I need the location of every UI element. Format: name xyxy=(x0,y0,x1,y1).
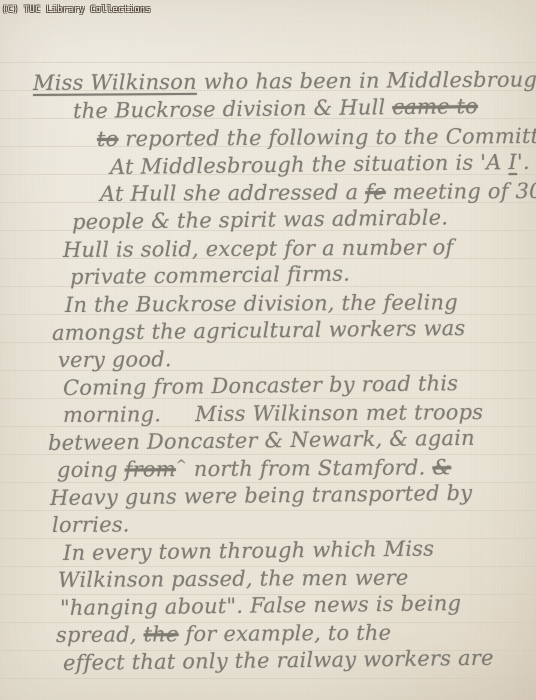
handwritten-line: between Doncaster & Newark, & again xyxy=(48,427,475,455)
handwritten-line: Wilkinson passed, the men were xyxy=(58,567,409,593)
handwritten-text: the Buckrose division & Hull xyxy=(73,95,393,123)
handwritten-text: amongst the agricultural workers was xyxy=(52,316,466,345)
handwritten-text: Hull is solid, except for a number of xyxy=(63,235,454,262)
handwritten-line: Hull is solid, except for a number of xyxy=(63,236,454,262)
handwritten-text: north from Stamford. xyxy=(187,455,433,481)
handwritten-text: In the Buckrose division, the feeling xyxy=(65,290,458,317)
handwritten-line: At Hull she addressed a fe meeting of 30… xyxy=(100,180,536,206)
handwritten-line: people & the spirit was admirable. xyxy=(72,206,448,234)
handwritten-line: the Buckrose division & Hull came to xyxy=(73,95,478,123)
handwritten-text: the xyxy=(144,622,179,646)
handwritten-line: Miss Wilkinson who has been in Middlesbr… xyxy=(33,68,536,95)
handwritten-line: "hanging about". False news is being xyxy=(60,592,461,620)
handwritten-line: amongst the agricultural workers was xyxy=(52,317,466,345)
handwritten-text: fe xyxy=(365,180,386,204)
handwritten-line: In the Buckrose division, the feeling xyxy=(65,291,458,317)
handwritten-text: who has been in Middlesbrough, xyxy=(197,67,536,94)
handwritten-line: Coming from Doncaster by road this xyxy=(63,372,458,400)
handwritten-text: ^ xyxy=(176,458,187,473)
handwritten-text: for example, to the xyxy=(179,621,392,646)
handwritten-line: In every town through which Miss xyxy=(63,537,434,565)
handwritten-line: effect that only the railway workers are xyxy=(63,647,494,675)
handwritten-line: At Middlesbrough the situation is 'A I'. xyxy=(110,151,530,179)
handwritten-line: morning.Miss Wilkinson met troops xyxy=(63,401,483,427)
handwritten-text: Wilkinson passed, the men were xyxy=(58,566,409,592)
handwritten-text: came to xyxy=(392,94,478,119)
handwritten-text: In every town through which Miss xyxy=(63,536,434,565)
handwritten-text: Miss Wilkinson xyxy=(33,70,197,95)
handwritten-text: people & the spirit was admirable. xyxy=(72,205,448,234)
handwritten-text: meeting of 3000 xyxy=(386,179,536,204)
handwritten-text: '. xyxy=(517,150,530,174)
handwritten-line: lorries. xyxy=(52,513,130,537)
handwritten-text: At Middlesbrough the situation is 'A xyxy=(110,150,509,179)
handwritten-line: going from^ north from Stamford. & xyxy=(57,456,451,482)
handwritten-text: Miss Wilkinson met troops xyxy=(195,400,483,426)
handwritten-text: private commercial firms. xyxy=(70,262,350,289)
handwritten-text: reported the following to the Committee:… xyxy=(118,124,536,151)
handwritten-text: Heavy guns were being transported by xyxy=(50,481,473,510)
handwriting-layer: Miss Wilkinson who has been in Middlesbr… xyxy=(0,0,536,700)
handwritten-text: "hanging about". False news is being xyxy=(60,591,461,620)
handwritten-text: going xyxy=(57,458,125,482)
handwritten-text: Coming from Doncaster by road this xyxy=(63,371,458,400)
handwritten-text: to xyxy=(97,127,119,151)
handwritten-text: very good. xyxy=(58,347,172,372)
handwritten-line: to reported the following to the Committ… xyxy=(97,125,536,152)
handwritten-text: morning. xyxy=(63,402,161,427)
handwritten-text: between Doncaster & Newark, & again xyxy=(48,426,475,455)
manuscript-page: (C) TUC Library Collections Miss Wilkins… xyxy=(0,0,536,700)
handwritten-line: spread, the for example, to the xyxy=(56,622,391,647)
handwritten-line: Heavy guns were being transported by xyxy=(50,482,473,510)
handwritten-line: very good. xyxy=(58,348,172,372)
handwritten-text: spread, xyxy=(56,622,144,647)
handwritten-line: private commercial firms. xyxy=(70,263,350,290)
handwritten-text: lorries. xyxy=(52,512,130,537)
handwritten-text: effect that only the railway workers are xyxy=(63,646,494,675)
handwritten-text: At Hull she addressed a xyxy=(100,180,365,206)
handwritten-text: & xyxy=(432,455,451,479)
handwritten-text: I xyxy=(508,150,517,174)
handwritten-text: from xyxy=(125,457,176,481)
